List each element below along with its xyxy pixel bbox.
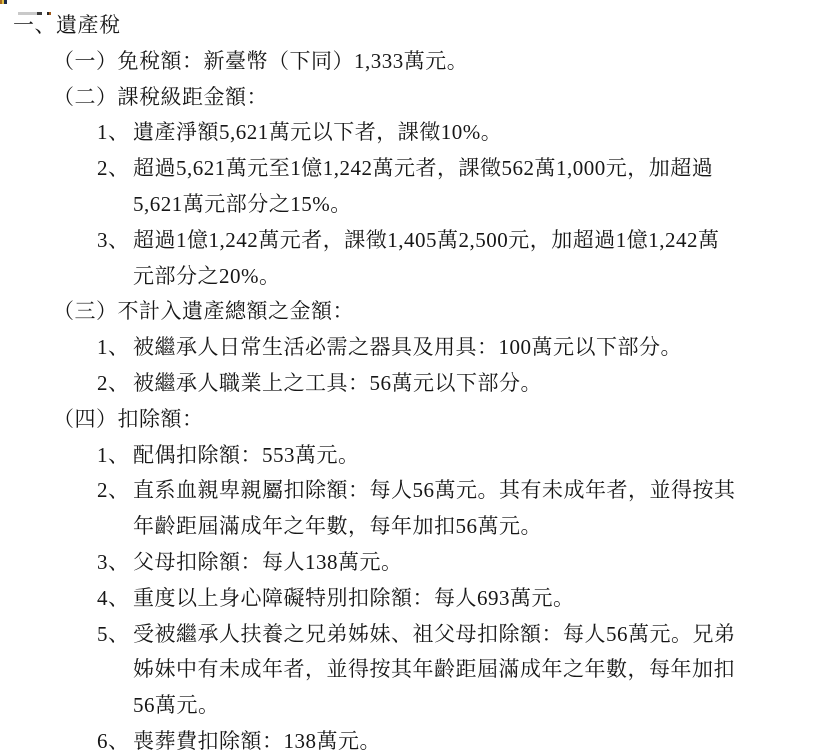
line-text: （一）免稅額：新臺幣（下同）1,333萬元。 <box>53 49 468 73</box>
document-line: 姊妹中有未成年者，並得按其年齡距屆滿成年之年數，每年加扣 <box>0 652 817 688</box>
line-text: 喪葬費扣除額：138萬元。 <box>133 729 381 752</box>
document-line: （二）課稅級距金額： <box>0 80 817 116</box>
line-text: （四）扣除額： <box>53 407 204 431</box>
line-text: 重度以上身心障礙特別扣除額：每人693萬元。 <box>133 586 575 610</box>
document-line: 5、受被繼承人扶養之兄弟姊妹、祖父母扣除額：每人56萬元。兄弟 <box>0 617 817 653</box>
line-text: 56萬元。 <box>133 693 220 717</box>
document-line: 3、父母扣除額：每人138萬元。 <box>0 545 817 581</box>
list-number-marker: 1、 <box>97 438 133 474</box>
line-text: 年齡距屆滿成年之年數，每年加扣56萬元。 <box>133 514 542 538</box>
document-line: 2、直系血親卑親屬扣除額：每人56萬元。其有未成年者，並得按其 <box>0 473 817 509</box>
list-number-marker: 2、 <box>97 473 133 509</box>
list-number-marker: 5、 <box>97 617 133 653</box>
document-body: 一、遺產稅（一）免稅額：新臺幣（下同）1,333萬元。（二）課稅級距金額：1、遺… <box>0 8 817 752</box>
document-line: 元部分之20%。 <box>0 259 817 295</box>
list-number-marker: 1、 <box>97 330 133 366</box>
document-line: 56萬元。 <box>0 688 817 724</box>
list-number-marker: 1、 <box>97 115 133 151</box>
line-text: 姊妹中有未成年者，並得按其年齡距屆滿成年之年數，每年加扣 <box>133 657 735 681</box>
document-line: 年齡距屆滿成年之年數，每年加扣56萬元。 <box>0 509 817 545</box>
line-text: 直系血親卑親屬扣除額：每人56萬元。其有未成年者，並得按其 <box>133 478 736 502</box>
document-heading-line: 一、遺產稅 <box>0 8 817 44</box>
list-number-marker: 6、 <box>97 724 133 752</box>
document-line: （一）免稅額：新臺幣（下同）1,333萬元。 <box>0 44 817 80</box>
list-number-marker: 3、 <box>97 223 133 259</box>
list-number-marker: 4、 <box>97 581 133 617</box>
line-text: （二）課稅級距金額： <box>53 85 268 109</box>
document-page: 一、遺產稅（一）免稅額：新臺幣（下同）1,333萬元。（二）課稅級距金額：1、遺… <box>0 0 817 752</box>
document-line: 5,621萬元部分之15%。 <box>0 187 817 223</box>
document-line: 4、重度以上身心障礙特別扣除額：每人693萬元。 <box>0 581 817 617</box>
line-text: 遺產淨額5,621萬元以下者，課徵10%。 <box>133 120 502 144</box>
line-text: 超過1億1,242萬元者，課徵1,405萬2,500元，加超過1億1,242萬 <box>133 228 720 252</box>
document-line: （四）扣除額： <box>0 402 817 438</box>
line-text: 配偶扣除額：553萬元。 <box>133 443 360 467</box>
document-line: （三）不計入遺產總額之金額： <box>0 294 817 330</box>
document-line: 2、被繼承人職業上之工具：56萬元以下部分。 <box>0 366 817 402</box>
document-line: 1、遺產淨額5,621萬元以下者，課徵10%。 <box>0 115 817 151</box>
line-text: 遺產稅 <box>56 13 121 37</box>
line-text: （三）不計入遺產總額之金額： <box>53 299 354 323</box>
line-text: 被繼承人日常生活必需之器具及用具：100萬元以下部分。 <box>133 335 682 359</box>
line-text: 元部分之20%。 <box>133 264 281 288</box>
line-text: 5,621萬元部分之15%。 <box>133 192 352 216</box>
list-number-marker: 2、 <box>97 366 133 402</box>
line-text: 超過5,621萬元至1億1,242萬元者，課徵562萬1,000元，加超過 <box>133 156 713 180</box>
line-text: 被繼承人職業上之工具：56萬元以下部分。 <box>133 371 542 395</box>
line-text: 受被繼承人扶養之兄弟姊妹、祖父母扣除額：每人56萬元。兄弟 <box>133 622 736 646</box>
list-number-marker: 2、 <box>97 151 133 187</box>
line-text: 父母扣除額：每人138萬元。 <box>133 550 403 574</box>
document-line: 6、喪葬費扣除額：138萬元。 <box>0 724 817 752</box>
document-line: 3、超過1億1,242萬元者，課徵1,405萬2,500元，加超過1億1,242… <box>0 223 817 259</box>
screen-artifact-corner <box>0 0 7 4</box>
list-number-marker: 3、 <box>97 545 133 581</box>
document-line: 1、配偶扣除額：553萬元。 <box>0 438 817 474</box>
section-number-marker: 一、 <box>13 13 56 37</box>
document-line: 2、超過5,621萬元至1億1,242萬元者，課徵562萬1,000元，加超過 <box>0 151 817 187</box>
document-line: 1、被繼承人日常生活必需之器具及用具：100萬元以下部分。 <box>0 330 817 366</box>
